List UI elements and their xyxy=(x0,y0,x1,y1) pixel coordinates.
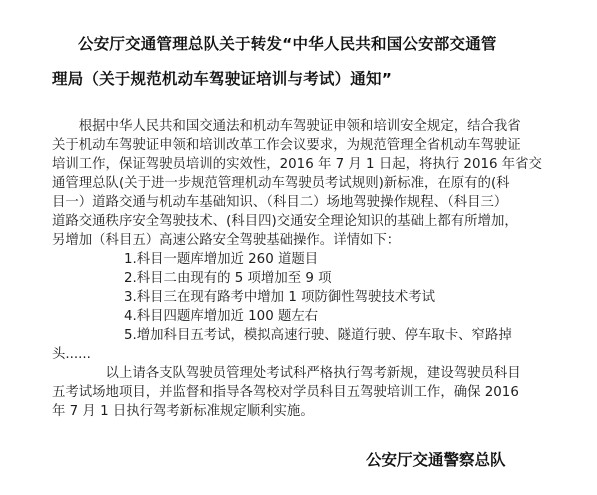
body-paragraph-line: 培训工作，保证驾驶员培训的实效性，2016 年 7 月 1 日起，将执行 201… xyxy=(52,155,542,174)
closing-paragraph-line: 年 7 月 1 日执行驾考新标准规定顺利实施。 xyxy=(52,402,314,421)
list-item-continuation: 头...... xyxy=(52,345,91,364)
body-paragraph-line: 道路交通秩序安全驾驶技术、(科目四)交通安全理论知识的基础上都有所增加， xyxy=(52,212,518,231)
list-item: 4.科目四题库增加近 100 题左右 xyxy=(124,307,318,326)
closing-paragraph-line: 以上请各支队驾驶员管理处考试科严格执行驾考新规，建设驾驶员科目 xyxy=(52,364,521,383)
list-item: 1.科目一题库增加近 260 道题目 xyxy=(124,250,318,269)
body-paragraph-line: 根据中华人民共和国交通法和机动车驾驶证申领和培训安全规定，结合我省 xyxy=(52,117,521,136)
list-item: 3.科目三在现有路考中增加 1 项防御性驾驶技术考试 xyxy=(124,288,435,307)
body-paragraph-line: 另增加（科目五）高速公路安全驾驶基础操作。详情如下： xyxy=(52,231,400,250)
document-title-line-2: 理局（关于规范机动车驾驶证培训与考试）通知” xyxy=(52,67,552,89)
body-paragraph-line: 目一）道路交通与机动车基础知识、（科目二）场地驾驶操作规程、（科目三） xyxy=(52,193,507,212)
document-title-line-1: 公安厅交通管理总队关于转发“中华人民共和国公安部交通管 xyxy=(78,32,578,54)
body-paragraph-line: 关于机动车驾驶证申领和培训改革工作会议要求，为规范管理全省机动车驾驶证 xyxy=(52,136,521,155)
closing-paragraph-line: 五考试场地项目，并监督和指导各驾校对学员科目五驾驶培训工作，确保 2016 xyxy=(52,383,519,402)
list-item: 2.科目二由现有的 5 项增加至 9 项 xyxy=(124,269,332,288)
list-item: 5.增加科目五考试，模拟高速行驶、隧道行驶、停车取卡、窄路掉 xyxy=(124,326,512,345)
body-paragraph-line: 通管理总队(关于进一步规范管理机动车驾驶员考试规则)新标准，在原有的(科 xyxy=(52,174,510,193)
signature: 公安厅交通警察总队 xyxy=(366,448,506,470)
